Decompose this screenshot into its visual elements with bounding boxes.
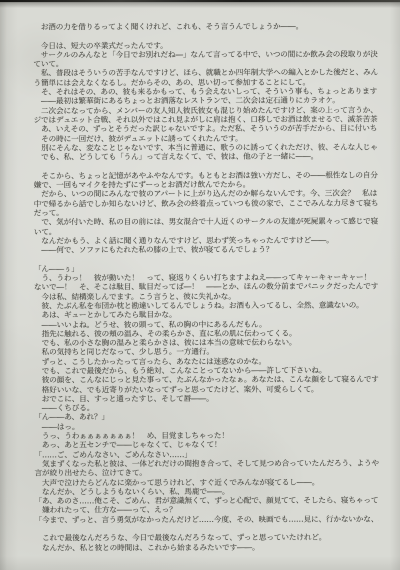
text-line: ――最初は繁華街にあるちょっとお洒落なレストランで、二次会は定石通りにカラオケ。 [34,96,378,106]
scanned-document-page: お酒の力を借りるってよく聞くけれど、これも、そう言うんでしょうか――。 今日は、… [0,0,400,570]
text-line: 彼の顔を、こんなにじっと見た事って、たぶんなかったなぁ。あなたは、こんな顔をして… [34,375,378,385]
text-line: 「あ、あのさ……俺こそ、ごめん、君が意識無くて、ずっと心配で、顔見てて、そしたら… [35,496,379,506]
text-line: 気まずくなった私と彼は、一体どれだけの間抱き合って、そして見つめ合っていたんだろ… [34,459,378,469]
text-line: サークルのみんなと「今日でお別れだね―」なんて言ってる中で、いつの間にか飲み会の… [33,49,377,59]
text-line: で、気が付いた時、私の目の前には、男女混合で十人近くのサークルの友達が死屍累々っ… [34,217,378,227]
text-line: 別にそんな、変なことじゃないです、本当に普通に、歌うのに誘ってくれただけ、彼、そ… [34,142,378,152]
text-line: そこから、ちょっと記憶があやふやなんです。もともとお酒は強い方だし、その――根性… [34,170,378,180]
text-line: 中で帰るから話でしか知らないけど、飲み会の終着点っていつも彼の家で、ここでみんな… [34,198,378,208]
text-lines: お酒の力を借りるってよく聞くけれど、これも、そう言うんでしょうか――。 今日は、… [33,22,378,553]
text-line: あ、いえその、ずっとそうだった訳じゃないですよ。ただ私、そういうのが苦手だから、… [34,124,378,134]
text-line: なんだかもう、よく話に聞く通りなんですけど、思わず笑っちゃったんですけど――。 [34,235,378,245]
text-line: だから、いつの間にみんなで彼のアパートに上がり込んだのか解らないんです。今、三次… [34,189,378,199]
text-line: 彼、たぶん私を布団か枕と勘違いしてるんでしょうね。お酒も入ってるし、全然、意識な… [34,300,378,310]
text-line: ないで―！ そ、そこは駄目、駄目だってば―！ ――とか、ほんの数分前までパニック… [34,282,378,292]
text-line: なんだか、私と彼との時間は、これから始まるみたいです――。 [35,542,379,552]
text-line: 「今まで、ずっと、言う勇気がなかったんだけど……今度、その、映画でも……見に、行… [35,514,379,524]
text-line: 私、普段はそういうの苦手なんですけど、ほら、就職とか四年制大学への編入とかした後… [33,68,377,78]
